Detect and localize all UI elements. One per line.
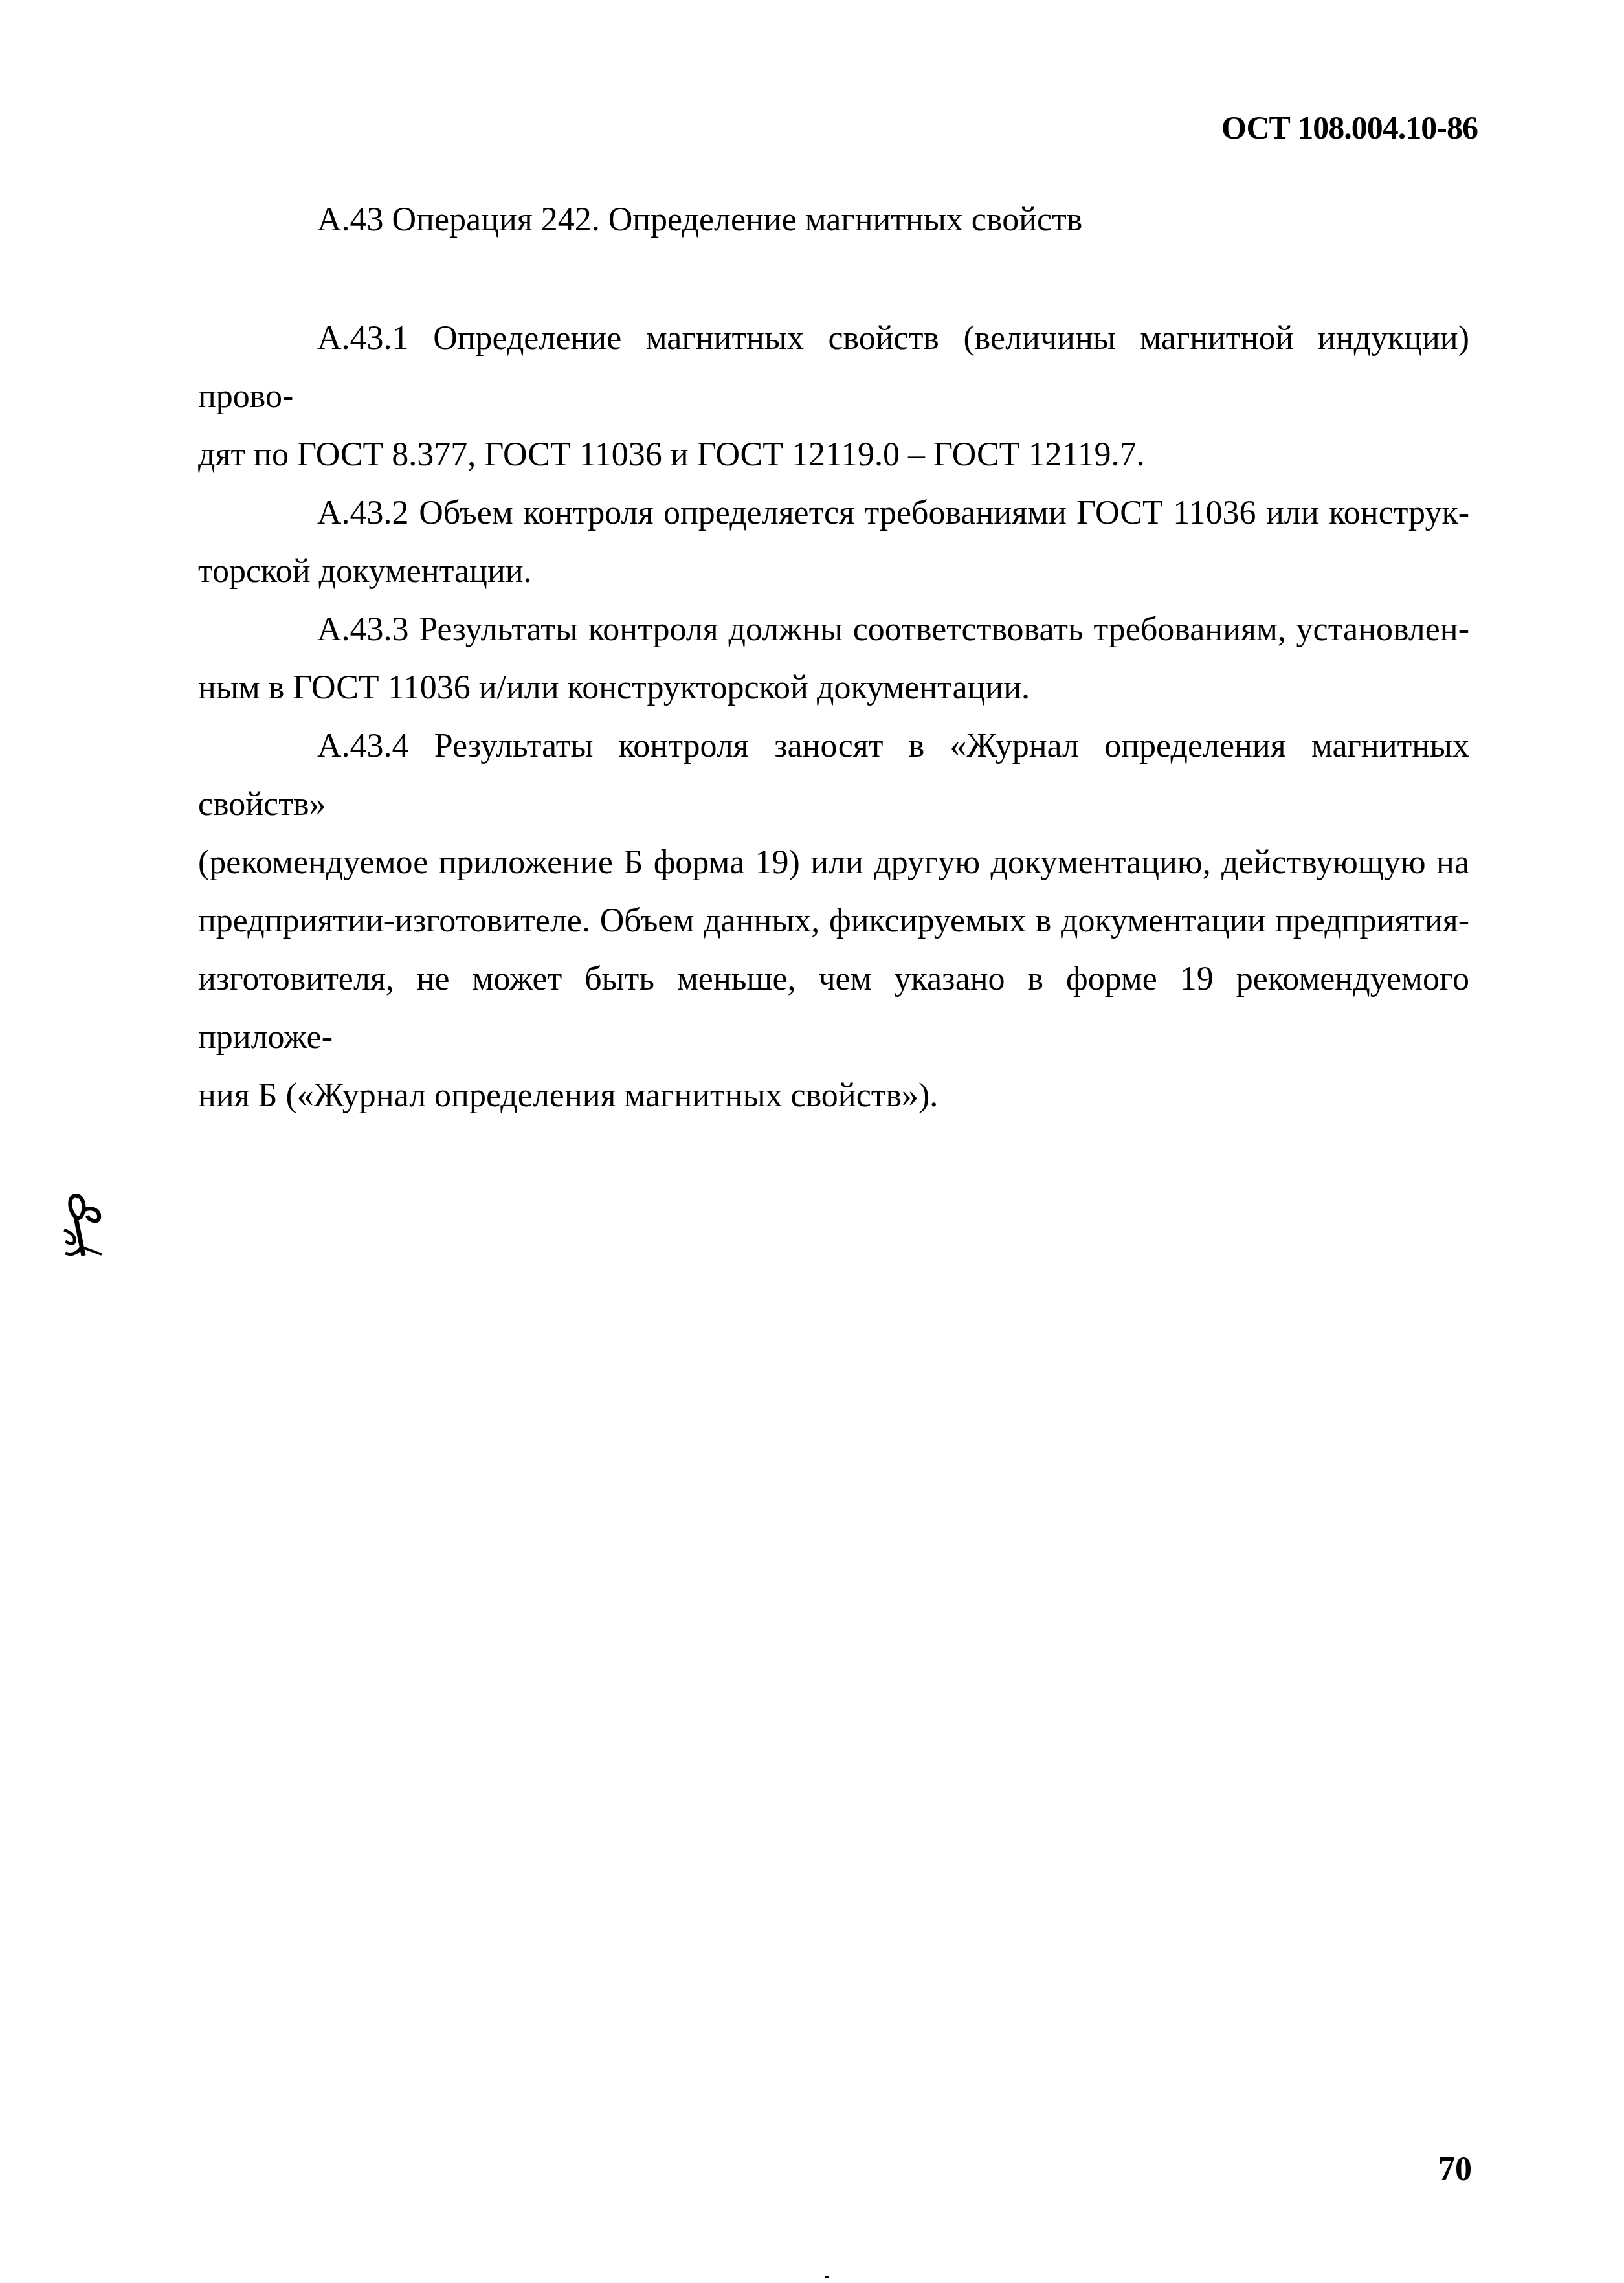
- handwritten-signature-icon: [61, 1191, 113, 1262]
- paragraph-a-43-1: А.43.1 Определение магнитных свойств (ве…: [198, 309, 1469, 484]
- section-title: А.43 Операция 242. Определение магнитных…: [317, 201, 1082, 239]
- document-body: А.43.1 Определение магнитных свойств (ве…: [198, 309, 1469, 1125]
- paragraph-line: ния Б («Журнал определения магнитных сво…: [198, 1067, 1469, 1125]
- paragraph-line: изготовителя, не может быть меньше, чем …: [198, 950, 1469, 1067]
- scan-artifact: [825, 2276, 829, 2278]
- paragraph-line: А.43.2 Объем контроля определяется требо…: [198, 484, 1469, 542]
- page-number: 70: [1438, 2150, 1472, 2188]
- paragraph-line: ным в ГОСТ 11036 и/или конструкторской д…: [198, 659, 1469, 717]
- paragraph-line: дят по ГОСТ 8.377, ГОСТ 11036 и ГОСТ 121…: [198, 426, 1469, 484]
- paragraph-line: А.43.4 Результаты контроля заносят в «Жу…: [198, 717, 1469, 834]
- paragraph-line: торской документации.: [198, 542, 1469, 601]
- paragraph-a-43-4: А.43.4 Результаты контроля заносят в «Жу…: [198, 717, 1469, 1125]
- paragraph-a-43-2: А.43.2 Объем контроля определяется требо…: [198, 484, 1469, 601]
- paragraph-line: предприятии-изготовителе. Объем данных, …: [198, 892, 1469, 950]
- paragraph-line: А.43.3 Результаты контроля должны соотве…: [198, 601, 1469, 659]
- paragraph-line: (рекомендуемое приложение Б форма 19) ил…: [198, 834, 1469, 892]
- document-code-header: ОСТ 108.004.10-86: [1221, 109, 1478, 146]
- paragraph-line: А.43.1 Определение магнитных свойств (ве…: [198, 309, 1469, 426]
- paragraph-a-43-3: А.43.3 Результаты контроля должны соотве…: [198, 601, 1469, 717]
